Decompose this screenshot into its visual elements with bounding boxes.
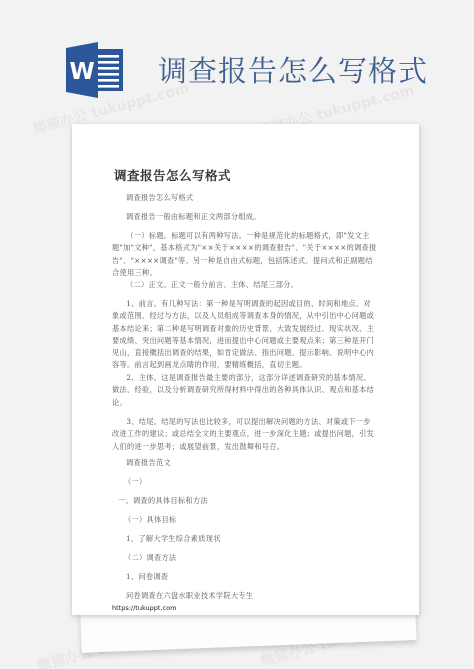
paragraph: 1、前言。有几种写法：第一种是写明调查的起因或目的、时间和地点、对象或范围、经过… — [112, 298, 377, 372]
footer-url: https://tukuppt.com — [112, 604, 176, 612]
paragraph: （二）调查方法 — [124, 552, 176, 564]
paragraph: （一）标题。标题可以有两种写法。一种是规范化的标题格式，即"发文主题"加"文种"… — [112, 230, 377, 279]
word-icon: W — [65, 41, 127, 99]
paragraph: 问卷调查在六盘水职业技术学院大专生 — [126, 590, 253, 602]
paragraph: 1、了解大学生综合素质现状 — [126, 533, 221, 545]
header-title: 调查报告怎么写格式 — [158, 54, 428, 88]
header: W 调查报告怎么写格式 — [0, 0, 474, 124]
paragraph: 调查报告一般由标题和正文两部分组成。 — [126, 211, 261, 223]
document-page: 调查报告怎么写格式 调查报告怎么写格式 调查报告一般由标题和正文两部分组成。 （… — [72, 124, 419, 615]
document-title: 调查报告怎么写格式 — [114, 166, 231, 184]
paragraph: 调查报告范文 — [126, 457, 171, 469]
paragraph: （一） — [124, 476, 146, 488]
svg-text:W: W — [69, 59, 94, 85]
paragraph: （一）具体目标 — [124, 514, 176, 526]
paragraph: 2、主体。这是调查报告最主要的部分，这部分详述调查研究的基本情况、做法、经验，以… — [112, 372, 377, 409]
paragraph: 调查报告怎么写格式 — [126, 192, 193, 204]
paragraph: 一、调查的具体目标和方法 — [118, 495, 208, 507]
paragraph: 1、问卷调查 — [126, 571, 168, 583]
paragraph: 3、结尾。结尾的写法也比较多，可以提出解决问题的方法、对策或下一步改进工作的建议… — [112, 416, 377, 453]
paragraph: （二）正文。正文一般分前言、主体、结尾三部分。 — [126, 279, 298, 291]
